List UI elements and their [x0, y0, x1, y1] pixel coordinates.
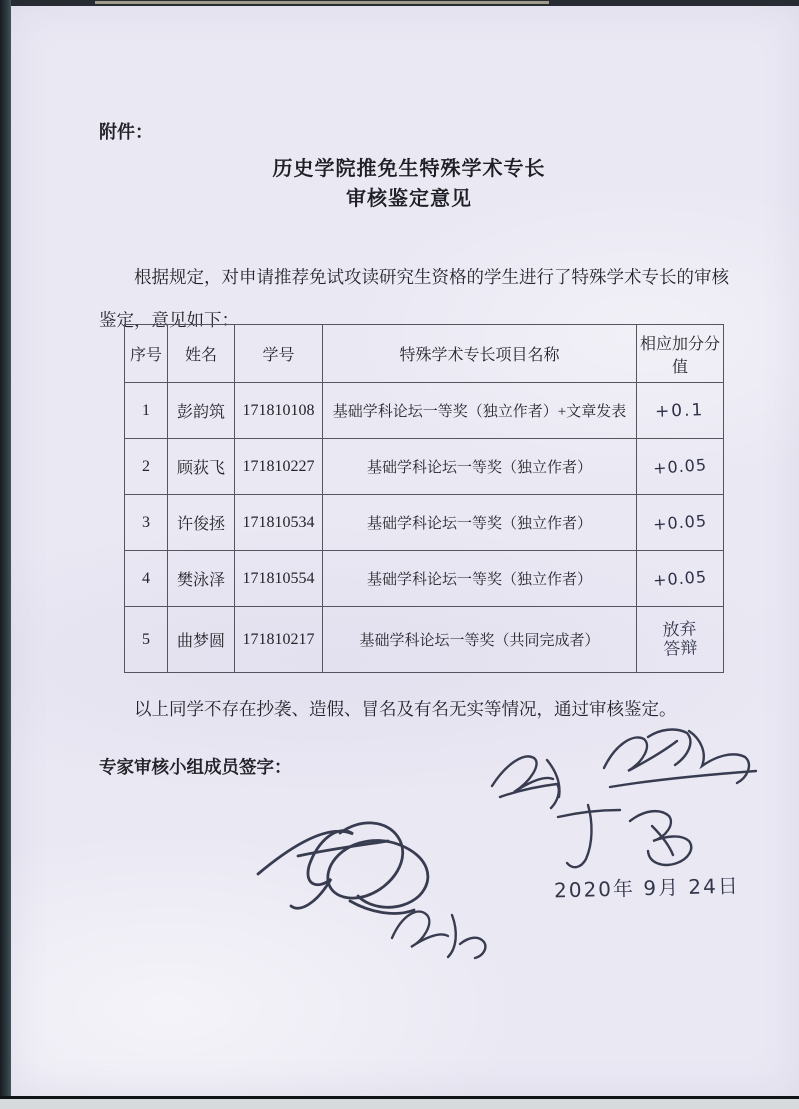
cell-project: 基础学科论坛一等奖（独立作者）: [323, 439, 637, 495]
cell-name: 樊泳泽: [168, 551, 235, 607]
cell-student-id: 171810108: [235, 383, 323, 439]
cell-no: 1: [125, 383, 168, 439]
cell-score-handwritten: 放弃 答辩: [637, 607, 724, 673]
scanned-document: 附件： 历史学院推免生特殊学术专长 审核鉴定意见 根据规定，对申请推荐免试攻读研…: [0, 0, 799, 1109]
cell-student-id: 171810217: [235, 607, 323, 673]
header-no: 序号: [125, 325, 168, 383]
handwritten-score: +0.05: [652, 455, 707, 478]
header-score: 相应加分分值: [637, 325, 724, 383]
cell-score-handwritten: +0.1: [637, 383, 724, 439]
attachment-label: 附件：: [99, 118, 153, 144]
cell-project: 基础学科论坛一等奖（独立作者）: [323, 551, 637, 607]
cell-score-handwritten: +0.05: [637, 495, 724, 551]
cell-no: 4: [125, 551, 168, 607]
scan-edge-top: [95, 1, 549, 4]
cell-name: 顾荻飞: [168, 439, 235, 495]
cell-name: 彭韵筑: [168, 383, 235, 439]
handwritten-date: 2020年 9月 24日: [554, 870, 740, 904]
table-header-row: 序号 姓名 学号 特殊学术专长项目名称 相应加分分值: [125, 325, 724, 383]
handwritten-score: +0.05: [652, 567, 707, 590]
cell-no: 2: [125, 439, 168, 495]
table-row: 4 樊泳泽 171810554 基础学科论坛一等奖（独立作者） +0.05: [125, 551, 724, 607]
scan-edge-left: [0, 0, 11, 1109]
cell-project: 基础学科论坛一等奖（独立作者）: [323, 495, 637, 551]
table-row: 2 顾荻飞 171810227 基础学科论坛一等奖（独立作者） +0.05: [125, 439, 724, 495]
table-row: 3 许俊拯 171810534 基础学科论坛一等奖（独立作者） +0.05: [125, 495, 724, 551]
cell-name: 许俊拯: [168, 495, 235, 551]
paper-sheet: 附件： 历史学院推免生特殊学术专长 审核鉴定意见 根据规定，对申请推荐免试攻读研…: [11, 6, 799, 1096]
handwritten-note-line2: 答辩: [663, 638, 698, 660]
header-name: 姓名: [168, 325, 235, 383]
cell-score-handwritten: +0.05: [637, 551, 724, 607]
table-row: 5 曲梦圆 171810217 基础学科论坛一等奖（共同完成者） 放弃 答辩: [125, 607, 724, 673]
cell-no: 3: [125, 495, 168, 551]
cell-no: 5: [125, 607, 168, 673]
cell-name: 曲梦圆: [168, 607, 235, 673]
handwritten-score: +0.1: [655, 400, 705, 422]
table-row: 1 彭韵筑 171810108 基础学科论坛一等奖（独立作者）+文章发表 +0.…: [125, 383, 724, 439]
header-project: 特殊学术专长项目名称: [323, 325, 637, 383]
cell-student-id: 171810534: [235, 495, 323, 551]
signature-section-label: 专家审核小组成员签字：: [99, 754, 292, 779]
cell-score-handwritten: +0.05: [637, 439, 724, 495]
cell-student-id: 171810227: [235, 439, 323, 495]
handwritten-note: 放弃 答辩: [662, 620, 698, 660]
conclusion-paragraph: 以上同学不存在抄袭、造假、冒名及有名无实等情况，通过审核鉴定。: [99, 694, 749, 724]
review-table: 序号 姓名 学号 特殊学术专长项目名称 相应加分分值 1 彭韵筑 1718101…: [124, 324, 724, 673]
handwritten-score: +0.05: [652, 511, 707, 534]
cell-project: 基础学科论坛一等奖（独立作者）+文章发表: [323, 383, 637, 439]
header-student-id: 学号: [235, 325, 323, 383]
title-line-2: 审核鉴定意见: [89, 184, 729, 214]
document-title: 历史学院推免生特殊学术专长 审核鉴定意见: [89, 154, 729, 214]
title-line-1: 历史学院推免生特殊学术专长: [89, 154, 729, 184]
cell-student-id: 171810554: [235, 551, 323, 607]
scan-edge-bottom: [0, 1096, 799, 1109]
cell-project: 基础学科论坛一等奖（共同完成者）: [323, 607, 637, 673]
handwritten-note-line1: 放弃: [662, 619, 697, 641]
